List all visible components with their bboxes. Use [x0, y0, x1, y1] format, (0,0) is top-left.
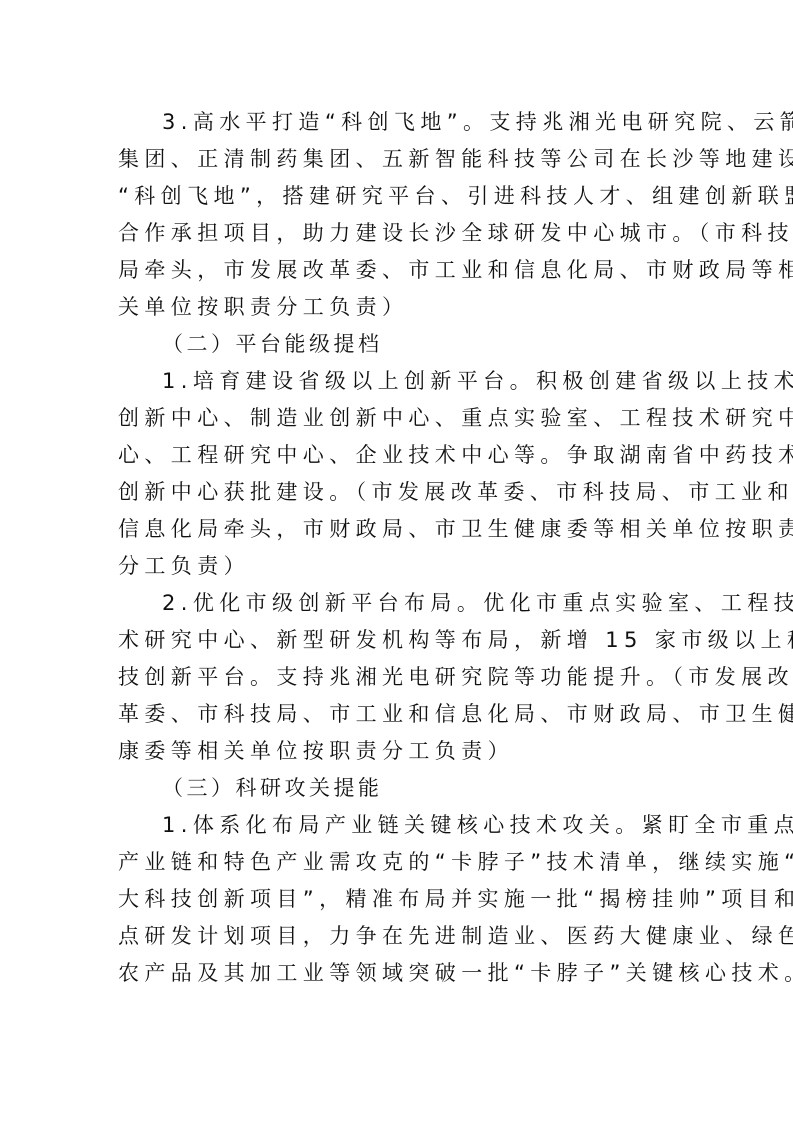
section-heading-platform: （二）平台能级提档 — [118, 326, 688, 363]
paragraph-key-technologies: 1.体系化布局产业链关键核心技术攻关。紧盯全市重点 产业链和特色产业需攻克的“卡… — [118, 807, 688, 992]
text-line: 点研发计划项目，力争在先进制造业、医药大健康业、绿色 — [118, 918, 688, 955]
text-line: 创新中心、制造业创新中心、重点实验室、工程技术研究中 — [118, 400, 688, 437]
text-line: 信息化局牵头，市财政局、市卫生健康委等相关单位按职责 — [118, 511, 688, 548]
text-line: 3.高水平打造“科创飞地”。支持兆湘光电研究院、云箭 — [118, 104, 688, 141]
text-line: 农产品及其加工业等领域突破一批“卡脖子”关键核心技术。 — [118, 955, 688, 992]
text-line: 合作承担项目，助力建设长沙全球研发中心城市。（市科技 — [118, 215, 688, 252]
text-line: 心、工程研究中心、企业技术中心等。争取湖南省中药技术 — [118, 437, 688, 474]
heading-text: （三）科研攻关提能 — [118, 770, 688, 807]
text-line: 产业链和特色产业需攻克的“卡脖子”技术清单，继续实施“十 — [118, 844, 688, 881]
text-line: 康委等相关单位按职责分工负责） — [118, 733, 688, 770]
paragraph-municipal-platforms: 2.优化市级创新平台布局。优化市重点实验室、工程技 术研究中心、新型研发机构等布… — [118, 585, 688, 770]
text-line: 关单位按职责分工负责） — [118, 289, 688, 326]
document-body: 3.高水平打造“科创飞地”。支持兆湘光电研究院、云箭 集团、正清制药集团、五新智… — [118, 104, 688, 992]
paragraph-science-enclave: 3.高水平打造“科创飞地”。支持兆湘光电研究院、云箭 集团、正清制药集团、五新智… — [118, 104, 688, 326]
text-line: “科创飞地”，搭建研究平台、引进科技人才、组建创新联盟、 — [118, 178, 688, 215]
text-line: 分工负责） — [118, 548, 688, 585]
text-line: 创新中心获批建设。（市发展改革委、市科技局、市工业和 — [118, 474, 688, 511]
text-line: 2.优化市级创新平台布局。优化市重点实验室、工程技 — [118, 585, 688, 622]
text-line: 局牵头，市发展改革委、市工业和信息化局、市财政局等相 — [118, 252, 688, 289]
paragraph-provincial-platforms: 1.培育建设省级以上创新平台。积极创建省级以上技术 创新中心、制造业创新中心、重… — [118, 363, 688, 585]
text-line: 1.培育建设省级以上创新平台。积极创建省级以上技术 — [118, 363, 688, 400]
text-line: 集团、正清制药集团、五新智能科技等公司在长沙等地建设 — [118, 141, 688, 178]
section-heading-research: （三）科研攻关提能 — [118, 770, 688, 807]
text-line: 术研究中心、新型研发机构等布局，新增 15 家市级以上科 — [118, 622, 688, 659]
text-line: 大科技创新项目”，精准布局并实施一批“揭榜挂帅”项目和重 — [118, 881, 688, 918]
text-line: 技创新平台。支持兆湘光电研究院等功能提升。（市发展改 — [118, 659, 688, 696]
document-page: 3.高水平打造“科创飞地”。支持兆湘光电研究院、云箭 集团、正清制药集团、五新智… — [0, 0, 793, 1122]
heading-text: （二）平台能级提档 — [118, 326, 688, 363]
text-line: 1.体系化布局产业链关键核心技术攻关。紧盯全市重点 — [118, 807, 688, 844]
text-line: 革委、市科技局、市工业和信息化局、市财政局、市卫生健 — [118, 696, 688, 733]
